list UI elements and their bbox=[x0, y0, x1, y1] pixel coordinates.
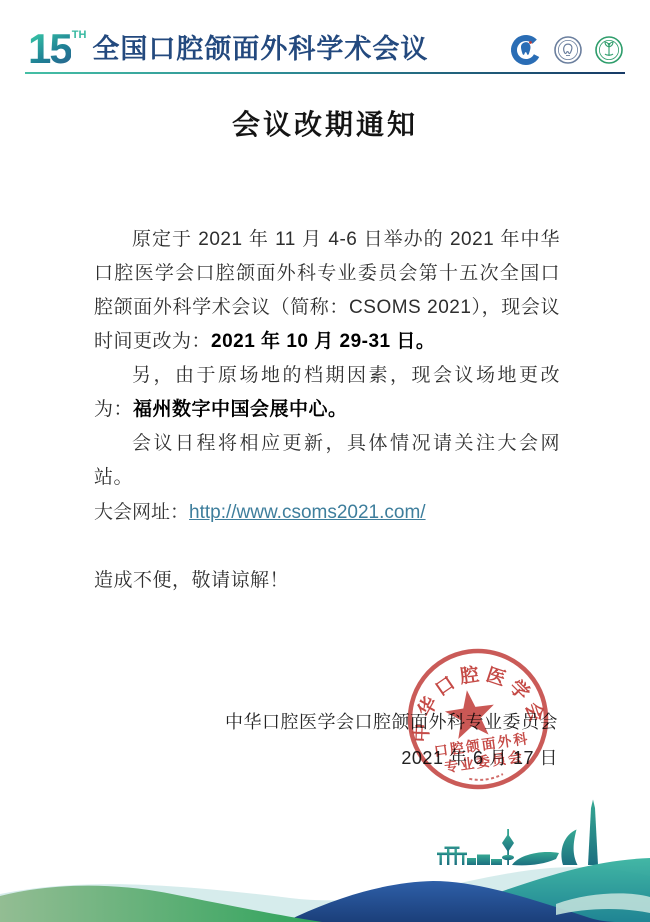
notice-document-page: 15 TH 全国口腔颌面外科学术会议 bbox=[0, 0, 650, 922]
paragraph-schedule-change: 原定于 2021 年 11 月 4-6 日举办的 2021 年中华口腔医学会口腔… bbox=[94, 223, 560, 359]
green-academy-emblem-icon bbox=[593, 34, 625, 66]
official-red-seal: 中华口腔医学会 口腔颌面外科 专业委员会 bbox=[393, 634, 562, 803]
website-label: 大会网址： bbox=[94, 502, 189, 523]
notice-body: 原定于 2021 年 11 月 4-6 日举办的 2021 年中华口腔医学会口腔… bbox=[94, 223, 560, 495]
header-divider-line bbox=[25, 72, 625, 74]
medical-society-emblem-icon bbox=[552, 34, 584, 66]
association-logos bbox=[509, 33, 625, 70]
conference-title: 全国口腔颌面外科学术会议 bbox=[92, 36, 428, 63]
conference-brand: 15 TH 全国口腔颌面外科学术会议 bbox=[28, 28, 428, 70]
website-line: 大会网址：http://www.csoms2021.com/ bbox=[94, 497, 426, 524]
footer-skyline-waves-art bbox=[0, 780, 650, 922]
convention-center-icon bbox=[512, 852, 559, 865]
spire-tower-icon bbox=[502, 829, 514, 865]
stomatological-association-logo-icon bbox=[509, 33, 543, 67]
tall-tower-icon bbox=[588, 800, 598, 866]
edition-number: 15 bbox=[28, 28, 71, 70]
paragraph-venue-change: 另，由于原场地的档期因素，现会议场地更改为：福州数字中国会展中心。 bbox=[94, 359, 560, 427]
paragraph-agenda-update: 会议日程将相应更新，具体情况请关注大会网站。 bbox=[94, 427, 560, 495]
memorial-arch-icon bbox=[437, 847, 467, 866]
city-skyline-silhouette bbox=[437, 800, 598, 866]
new-dates-bold: 2021 年 10 月 29-31 日。 bbox=[211, 331, 435, 352]
sail-building-icon bbox=[561, 830, 577, 866]
notice-title: 会议改期通知 bbox=[0, 103, 650, 143]
edition-suffix: TH bbox=[72, 30, 87, 41]
wave-decoration bbox=[0, 858, 650, 922]
document-header: 15 TH 全国口腔颌面外科学术会议 bbox=[28, 26, 625, 70]
conference-website-link[interactable]: http://www.csoms2021.com/ bbox=[189, 502, 426, 523]
new-venue-bold: 福州数字中国会展中心。 bbox=[133, 399, 348, 420]
apology-line: 造成不便，敬请谅解！ bbox=[94, 565, 289, 592]
